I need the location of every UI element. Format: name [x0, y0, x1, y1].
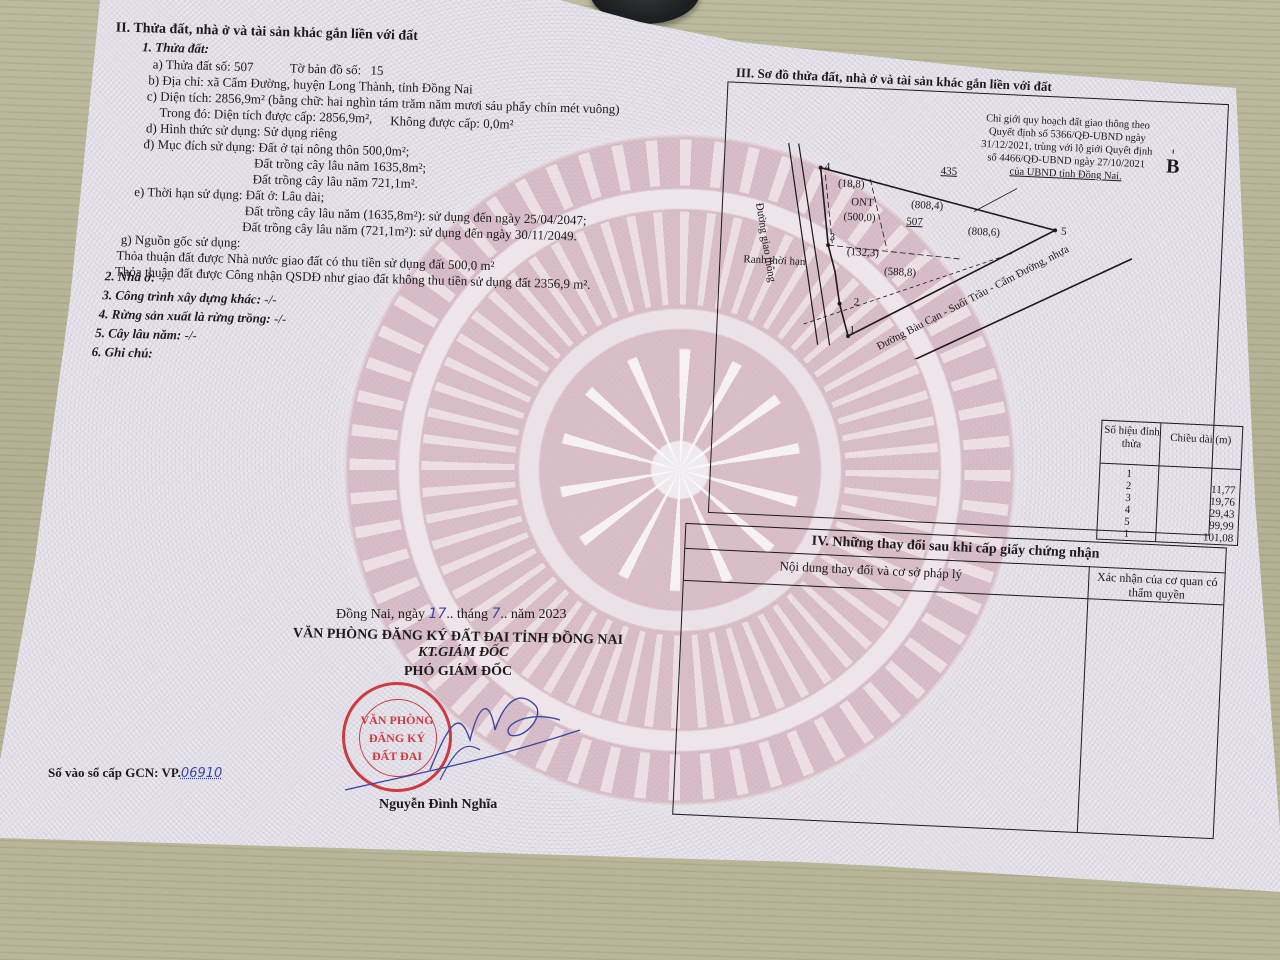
- vertex-3-label: 3: [829, 231, 835, 243]
- year-label: năm 2023: [511, 607, 567, 622]
- map-sheet-label: Tờ bản đồ số:: [290, 60, 362, 77]
- register-number-label: Số vào sổ cấp GCN: VP.: [48, 765, 181, 780]
- production-forest-label: 4. Rừng sản xuất là rừng trồng:: [99, 306, 271, 326]
- parcel-sketch: [727, 121, 1157, 370]
- map-sheet-row: Tờ bản đồ số: 15: [290, 60, 384, 78]
- other-construction-value: -/-: [264, 292, 277, 307]
- changes-confirmation-header: Xác nhận của cơ quan có thẩm quyền: [1091, 569, 1222, 603]
- area-18-8: (18,8): [838, 177, 865, 190]
- production-forest-value: -/-: [274, 311, 287, 326]
- area-808-4: (808,4): [911, 199, 944, 212]
- land-certificate-page: II. Thửa đất, nhà ở và tài sản khác gắn …: [0, 0, 1280, 960]
- production-forest-row: 4. Rừng sản xuất là rừng trồng: -/-: [99, 306, 287, 326]
- month-label: tháng: [457, 607, 488, 622]
- north-label: B: [1166, 155, 1180, 178]
- north-arrow-icon: B: [1166, 155, 1180, 179]
- vertex-4-label: 4: [824, 161, 830, 173]
- col-vertex-header: Số hiệu đỉnh thửa: [1103, 424, 1160, 453]
- house-value: -/-: [159, 270, 172, 285]
- vertex-cell: 1: [1097, 527, 1155, 542]
- register-number-row: Số vào sổ cấp GCN: VP.06910: [48, 765, 222, 781]
- other-construction-label: 3. Công trình xây dựng khác:: [102, 287, 261, 306]
- day-handwritten: 17: [429, 606, 447, 622]
- parcel-number-value: 507: [234, 59, 254, 75]
- area-588-8: (588,8): [884, 266, 917, 279]
- area-not-granted: Không được cấp: 0,0m²: [390, 113, 514, 131]
- length-cell: 101,08: [1155, 529, 1233, 545]
- other-construction-row: 3. Công trình xây dựng khác: -/-: [102, 287, 277, 307]
- signature-scribble: [330, 680, 590, 800]
- area-132-3: (132,3): [847, 246, 880, 259]
- perennial-trees-row: 5. Cây lâu năm: -/-: [95, 325, 197, 343]
- vertex-2-label: 2: [853, 296, 859, 308]
- changes-column-divider: [1077, 566, 1090, 832]
- parcel-number-label: a) Thửa đất số:: [153, 56, 231, 73]
- signer-name: Nguyễn Đình Nghĩa: [379, 797, 497, 812]
- deputy-director-title: PHÓ GIÁM ĐỐC: [404, 664, 512, 679]
- area-808-6: (808,6): [968, 225, 1001, 238]
- on-behalf-director: KT.GIÁM ĐỐC: [418, 645, 509, 660]
- perennial-trees-value: -/-: [184, 327, 197, 342]
- changes-content-header: Nội dung thay đổi và cơ sở pháp lý: [779, 558, 962, 581]
- place-date: Đồng Nai, ngày 17.. tháng 7.. năm 2023: [336, 607, 567, 622]
- parcel-number-row: a) Thửa đất số: 507: [153, 56, 254, 74]
- vertex-5-label: 5: [1061, 226, 1067, 238]
- place-date-prefix: Đồng Nai, ngày: [336, 607, 425, 622]
- notes-label: 6. Ghi chú:: [92, 344, 153, 361]
- col-length-header: Chiều dài (m): [1161, 431, 1240, 448]
- land-parcel-heading: 1. Thửa đất:: [142, 39, 209, 56]
- house-row: 2. Nhà ở: -/-: [105, 268, 172, 285]
- changes-table: IV. Những thay đổi sau khi cấp giấy chứn…: [672, 523, 1227, 839]
- area-500-0: (500,0): [843, 211, 876, 224]
- month-handwritten: 7: [491, 606, 500, 622]
- map-sheet-value: 15: [370, 63, 383, 78]
- land-type-ont: ONT: [851, 196, 874, 209]
- vertex-length-rows: 1 211,77 319,76 429,43 599,99 1101,08: [1097, 467, 1240, 545]
- neighbor-parcel-435: 435: [940, 165, 957, 178]
- vertex-1-label: 1: [849, 324, 855, 336]
- vertex-length-table: Số hiệu đỉnh thửa Chiều dài (m) 1 211,77…: [1096, 420, 1243, 546]
- parcel-number-507: 507: [906, 216, 923, 229]
- perennial-trees-label: 5. Cây lâu năm:: [95, 325, 181, 342]
- house-label: 2. Nhà ở:: [105, 268, 156, 284]
- register-number-value: 06910: [181, 766, 222, 781]
